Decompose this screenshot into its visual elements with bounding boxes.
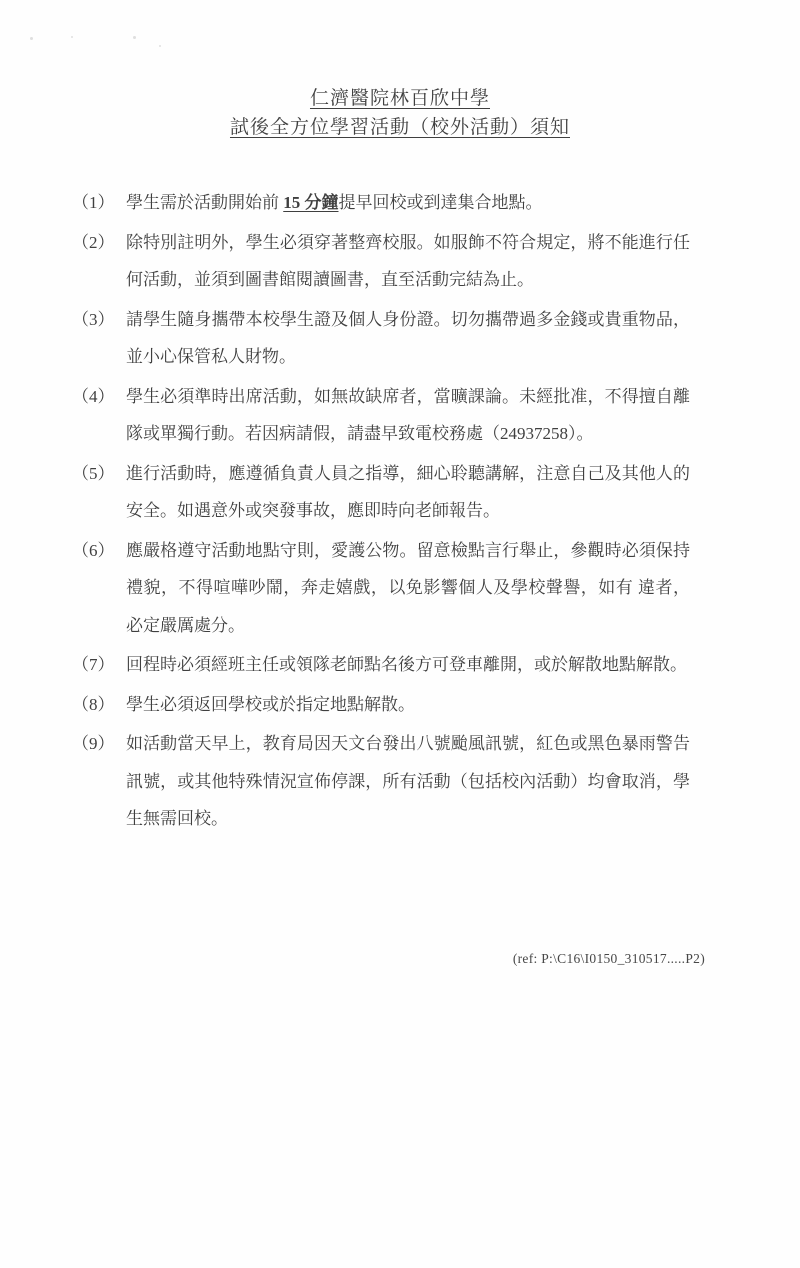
page-title: 仁濟醫院林百欣中學	[310, 84, 490, 113]
scan-speck	[30, 37, 33, 40]
item-number: （3）	[72, 301, 126, 339]
item-text: 學生需於活動開始前 15 分鐘提早回校或到達集合地點。	[126, 184, 690, 222]
scan-speck	[133, 36, 136, 39]
document-page: 仁濟醫院林百欣中學 試後全方位學習活動（校外活動）須知 （1）學生需於活動開始前…	[0, 0, 800, 1268]
item-text-emphasis: 15 分鐘	[283, 193, 338, 212]
notice-item: （4）學生必須準時出席活動，如無故缺席者，當曠課論。未經批准，不得擅自離隊或單獨…	[72, 378, 690, 453]
reference-note: (ref: P:\C16\I0150_310517.....P2)	[513, 951, 705, 967]
notice-item: （2）除特別註明外，學生必須穿著整齊校服。如服飾不符合規定，將不能進行任何活動，…	[72, 224, 690, 299]
item-text-segment: 提早回校或到達集合地點。	[339, 193, 543, 212]
item-text-segment: 應嚴格遵守活動地點守則，愛護公物。留意檢點言行舉止，參觀時必須保持禮貌，不得喧嘩…	[126, 541, 690, 635]
notice-list: （1）學生需於活動開始前 15 分鐘提早回校或到達集合地點。（2）除特別註明外，…	[72, 184, 690, 840]
item-text: 進行活動時，應遵循負責人員之指導，細心聆聽講解，注意自己及其他人的安全。如遇意外…	[126, 455, 690, 530]
scan-speck	[71, 36, 73, 38]
item-text-segment: 請學生隨身攜帶本校學生證及個人身份證。切勿攜帶過多金錢或貴重物品，並小心保管私人…	[126, 310, 690, 367]
notice-item: （5）進行活動時，應遵循負責人員之指導，細心聆聽講解，注意自己及其他人的安全。如…	[72, 455, 690, 530]
notice-item: （9）如活動當天早上，教育局因天文台發出八號颱風訊號，紅色或黑色暴雨警告訊號，或…	[72, 725, 690, 838]
item-text: 學生必須返回學校或於指定地點解散。	[126, 686, 690, 724]
item-number: （8）	[72, 686, 126, 724]
item-number: （9）	[72, 725, 126, 763]
item-text: 請學生隨身攜帶本校學生證及個人身份證。切勿攜帶過多金錢或貴重物品，並小心保管私人…	[126, 301, 690, 376]
item-text-segment: 學生需於活動開始前	[126, 193, 283, 212]
item-text-segment: 進行活動時，應遵循負責人員之指導，細心聆聽講解，注意自己及其他人的安全。如遇意外…	[126, 464, 690, 521]
item-text-segment: 學生必須準時出席活動，如無故缺席者，當曠課論。未經批准，不得擅自離隊或單獨行動。…	[126, 387, 690, 444]
item-text: 應嚴格遵守活動地點守則，愛護公物。留意檢點言行舉止，參觀時必須保持禮貌，不得喧嘩…	[126, 532, 690, 645]
item-text-segment: 回程時必須經班主任或領隊老師點名後方可登車離開，或於解散地點解散。	[126, 655, 687, 674]
page-subtitle: 試後全方位學習活動（校外活動）須知	[230, 113, 570, 142]
item-text: 如活動當天早上，教育局因天文台發出八號颱風訊號，紅色或黑色暴雨警告訊號，或其他特…	[126, 725, 690, 838]
item-number: （2）	[72, 224, 126, 262]
item-number: （1）	[72, 184, 126, 222]
item-text: 學生必須準時出席活動，如無故缺席者，當曠課論。未經批准，不得擅自離隊或單獨行動。…	[126, 378, 690, 453]
item-text: 除特別註明外，學生必須穿著整齊校服。如服飾不符合規定，將不能進行任何活動，並須到…	[126, 224, 690, 299]
item-text: 回程時必須經班主任或領隊老師點名後方可登車離開，或於解散地點解散。	[126, 646, 690, 684]
item-text-segment: 學生必須返回學校或於指定地點解散。	[126, 695, 415, 714]
item-number: （6）	[72, 532, 126, 570]
document-header: 仁濟醫院林百欣中學 試後全方位學習活動（校外活動）須知	[0, 84, 800, 142]
notice-item: （7）回程時必須經班主任或領隊老師點名後方可登車離開，或於解散地點解散。	[72, 646, 690, 684]
item-number: （7）	[72, 646, 126, 684]
item-number: （5）	[72, 455, 126, 493]
notice-item: （8）學生必須返回學校或於指定地點解散。	[72, 686, 690, 724]
item-text-segment: 除特別註明外，學生必須穿著整齊校服。如服飾不符合規定，將不能進行任何活動，並須到…	[126, 233, 690, 290]
item-text-segment: 如活動當天早上，教育局因天文台發出八號颱風訊號，紅色或黑色暴雨警告訊號，或其他特…	[126, 734, 690, 828]
notice-item: （6）應嚴格遵守活動地點守則，愛護公物。留意檢點言行舉止，參觀時必須保持禮貌，不…	[72, 532, 690, 645]
notice-item: （1）學生需於活動開始前 15 分鐘提早回校或到達集合地點。	[72, 184, 690, 222]
item-number: （4）	[72, 378, 126, 416]
notice-item: （3）請學生隨身攜帶本校學生證及個人身份證。切勿攜帶過多金錢或貴重物品，並小心保…	[72, 301, 690, 376]
scan-speck	[159, 45, 161, 47]
